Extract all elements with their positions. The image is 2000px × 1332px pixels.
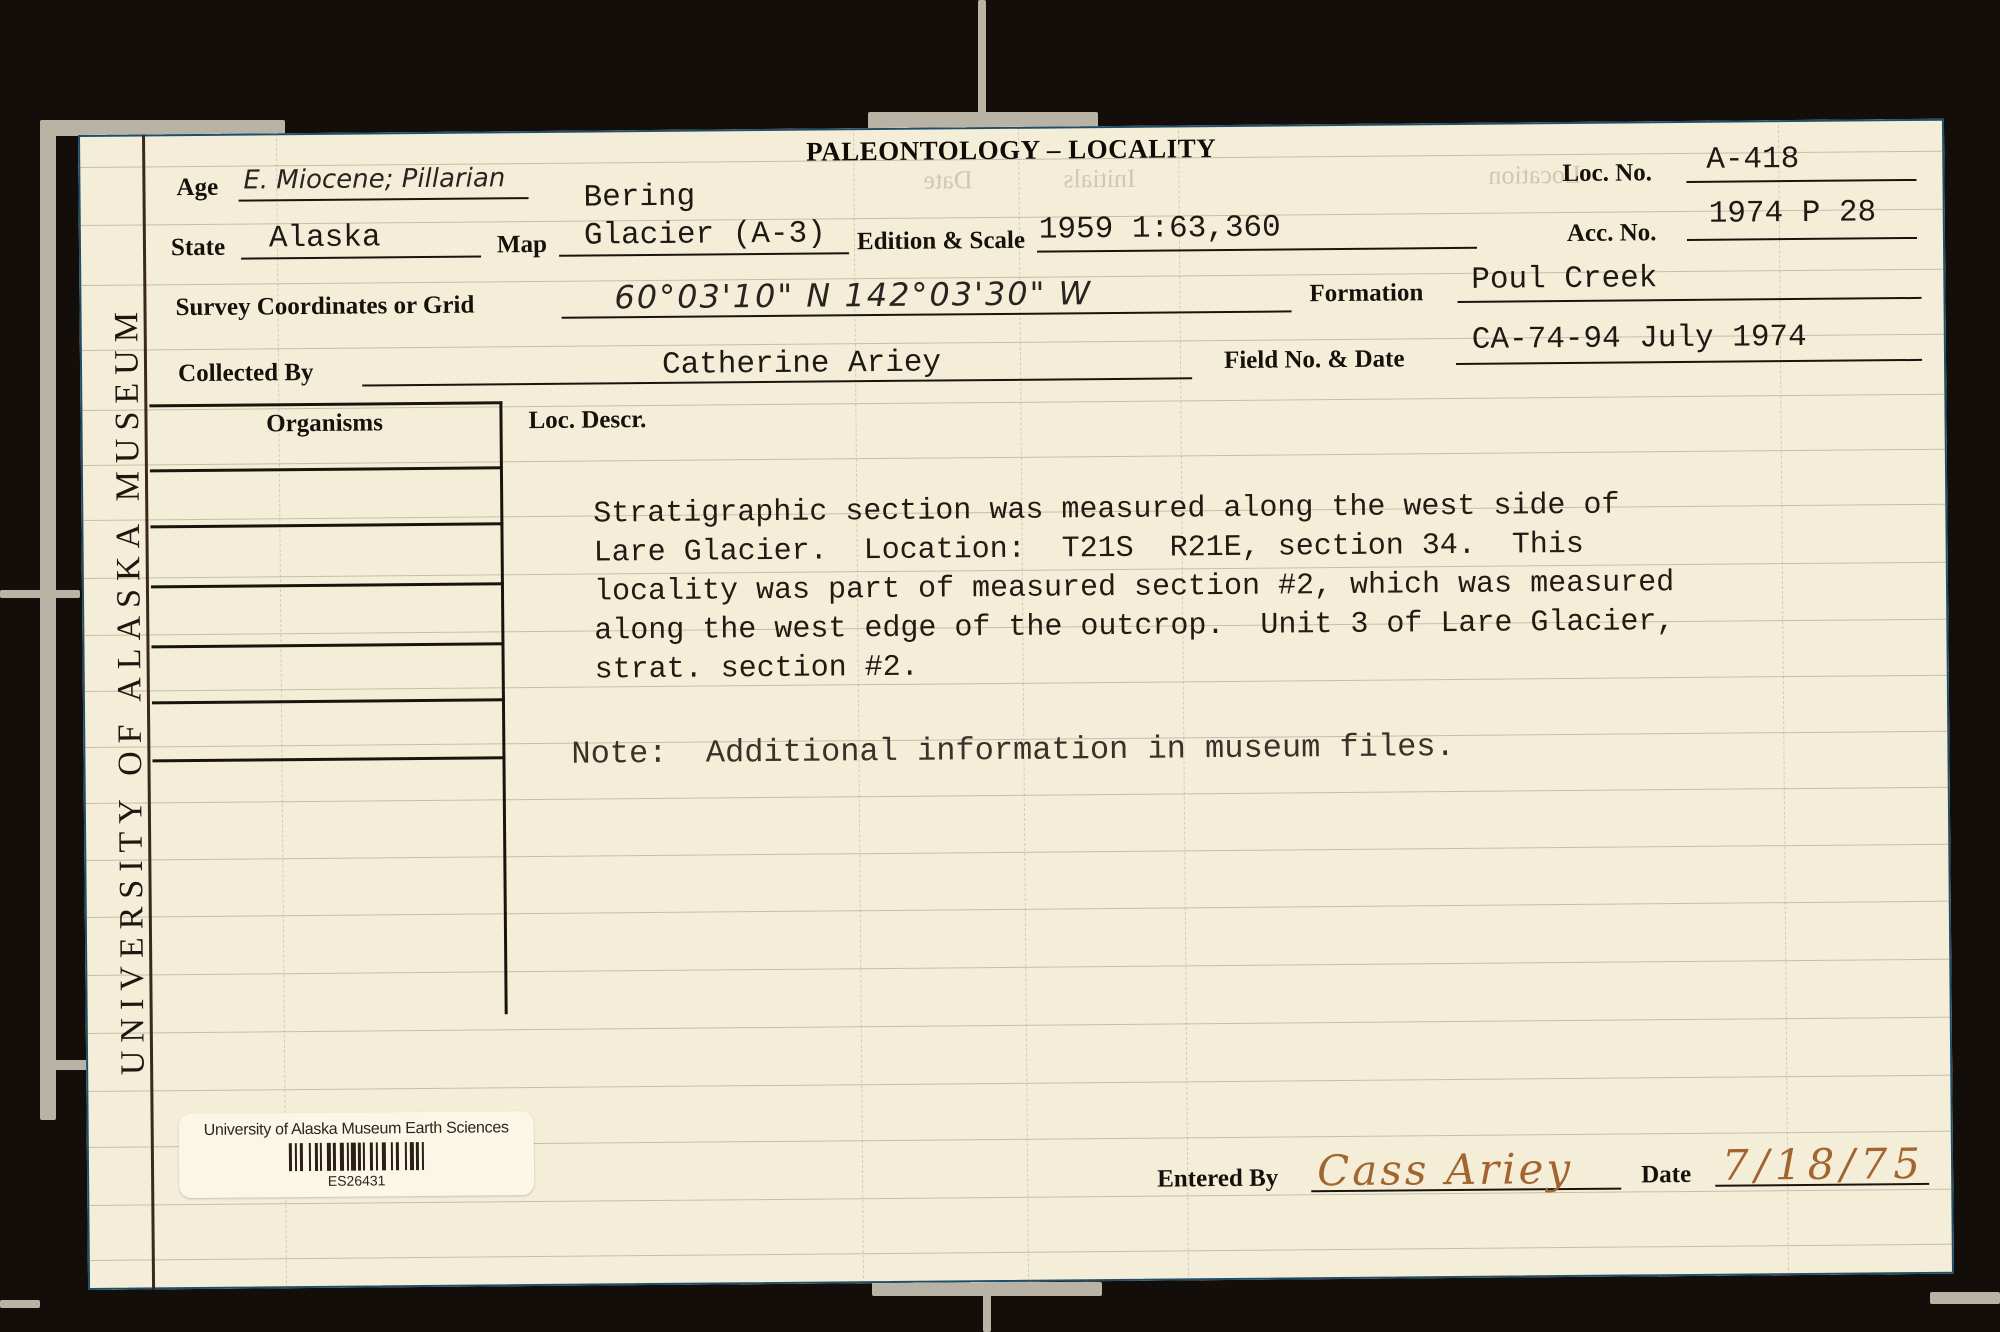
organisms-table: Organisms xyxy=(149,401,507,1017)
entered-by-label: Entered By xyxy=(1157,1165,1278,1194)
organisms-row-line xyxy=(150,522,503,528)
field-no-date-value: CA-74-94 July 1974 xyxy=(1472,320,1807,358)
field-no-date-underline xyxy=(1456,359,1922,365)
loc-no-label: Loc. No. xyxy=(1562,159,1652,188)
bleed-through-text: Date xyxy=(923,165,972,195)
survey-label: Survey Coordinates or Grid xyxy=(175,292,474,323)
loc-no-value: A-418 xyxy=(1706,142,1799,178)
edition-scale-label: Edition & Scale xyxy=(857,227,1025,256)
collected-by-value: Catherine Ariey xyxy=(662,345,941,382)
mount-strip xyxy=(1930,1292,2000,1304)
entered-by-value: Cass Ariey xyxy=(1317,1144,1573,1195)
formation-underline xyxy=(1458,297,1922,303)
mount-strip xyxy=(40,120,56,1120)
barcode-icon xyxy=(179,1141,534,1172)
map-label: Map xyxy=(497,231,547,259)
organisms-row-line xyxy=(151,642,504,648)
formation-label: Formation xyxy=(1309,279,1423,308)
entered-date-value: 7/18/75 xyxy=(1722,1139,1926,1190)
state-label: State xyxy=(171,234,225,262)
age-label: Age xyxy=(176,174,218,202)
bleed-through-text: Initials xyxy=(1063,164,1135,195)
loc-no-underline xyxy=(1686,179,1916,183)
organisms-row-line xyxy=(150,466,503,472)
organisms-row-line xyxy=(152,698,505,704)
acc-no-value: 1974 P 28 xyxy=(1709,195,1877,231)
loc-descr-label: Loc. Descr. xyxy=(528,406,646,435)
mount-strip xyxy=(0,1300,40,1308)
edition-scale-value: 1959 1:63,360 xyxy=(1039,211,1281,248)
locality-note: Note: Additional information in museum f… xyxy=(571,728,1455,773)
map-value-line2: Glacier (A-3) xyxy=(584,216,826,253)
entered-date-label: Date xyxy=(1641,1161,1691,1189)
organisms-header: Organisms xyxy=(149,408,499,439)
mount-strip xyxy=(0,590,80,598)
formation-value: Poul Creek xyxy=(1471,261,1657,298)
age-value: E. Miocene; Pillarian xyxy=(243,163,505,195)
collected-by-label: Collected By xyxy=(178,359,314,388)
locality-description: Stratigraphic section was measured along… xyxy=(593,485,1795,690)
barcode-title: University of Alaska Museum Earth Scienc… xyxy=(179,1119,534,1140)
map-value-line1: Bering xyxy=(583,180,695,216)
barcode-label: University of Alaska Museum Earth Scienc… xyxy=(179,1111,535,1198)
age-underline xyxy=(239,197,529,202)
survey-value: 60°03'10" N 142°03'30" W xyxy=(614,274,1092,316)
barcode-id: ES26431 xyxy=(179,1171,534,1190)
acc-no-underline xyxy=(1687,237,1917,241)
locality-card: Location Date Initials UNIVERSITY OF ALA… xyxy=(78,119,1954,1290)
acc-no-label: Acc. No. xyxy=(1567,219,1657,248)
field-no-date-label: Field No. & Date xyxy=(1224,345,1405,375)
state-value: Alaska xyxy=(269,220,381,256)
edition-scale-underline xyxy=(1037,247,1477,253)
organisms-row-line xyxy=(151,582,504,588)
organisms-row-line xyxy=(152,756,505,762)
